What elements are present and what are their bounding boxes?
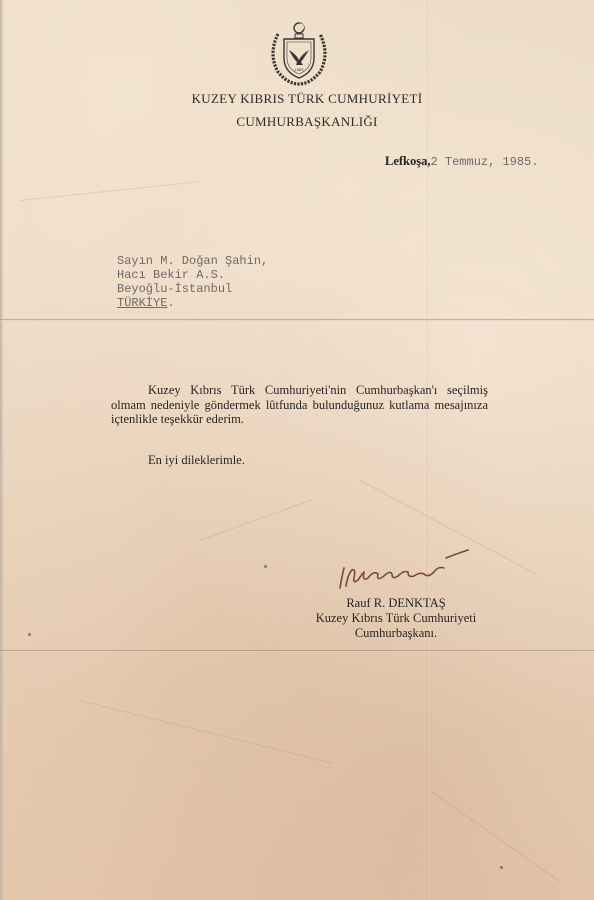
paper-spot	[28, 633, 31, 636]
recipient-city: Beyoğlu-İstanbul	[117, 282, 268, 296]
fold-line-vertical	[427, 0, 429, 900]
letterhead-republic-name: KUZEY KIBRIS TÜRK CUMHURİYETİ	[10, 91, 594, 107]
paper-edge	[0, 0, 4, 900]
coat-of-arms-emblem-icon: 1983	[266, 20, 332, 86]
letterhead-presidency: CUMHURBAŞKANLIĞI	[10, 114, 594, 130]
signatory-title-line1: Kuzey Kıbrıs Türk Cumhuriyeti	[296, 611, 496, 626]
paper-crease	[200, 499, 313, 541]
body-paragraph: Kuzey Kıbrıs Türk Cumhuriyeti'nin Cumhur…	[111, 383, 488, 427]
fold-line-upper	[0, 319, 594, 321]
letter-body: Kuzey Kıbrıs Türk Cumhuriyeti'nin Cumhur…	[111, 383, 488, 427]
paper-crease	[20, 181, 199, 201]
signature-block: Rauf R. DENKTAŞ Kuzey Kıbrıs Türk Cumhur…	[296, 596, 496, 641]
date-typed: 2 Temmuz, 1985.	[431, 155, 539, 169]
svg-text:1983: 1983	[295, 67, 305, 72]
recipient-company: Hacı Bekir A.S.	[117, 268, 268, 282]
closing-line: En iyi dileklerimle.	[148, 453, 245, 468]
fold-line-lower	[0, 650, 594, 652]
paper-spot	[500, 866, 503, 869]
handwritten-signature-icon	[334, 548, 474, 596]
paper-crease	[80, 700, 333, 764]
recipient-name: Sayın M. Doğan Şahin,	[117, 254, 268, 268]
recipient-country-suffix: .	[167, 296, 174, 310]
date-line: Lefkoşa,2 Temmuz, 1985.	[385, 154, 539, 169]
letter-page: 1983 KUZEY KIBRIS TÜRK CUMHURİYETİ CUMHU…	[0, 0, 594, 900]
signatory-title-line2: Cumhurbaşkanı.	[296, 626, 496, 641]
recipient-country-line: TÜRKİYE.	[117, 296, 268, 310]
recipient-address: Sayın M. Doğan Şahin, Hacı Bekir A.S. Be…	[117, 254, 268, 310]
signatory-name: Rauf R. DENKTAŞ	[296, 596, 496, 611]
date-place: Lefkoşa,	[385, 154, 431, 168]
paper-spot	[264, 565, 267, 568]
paper-crease	[430, 790, 562, 883]
recipient-country: TÜRKİYE	[117, 296, 167, 310]
